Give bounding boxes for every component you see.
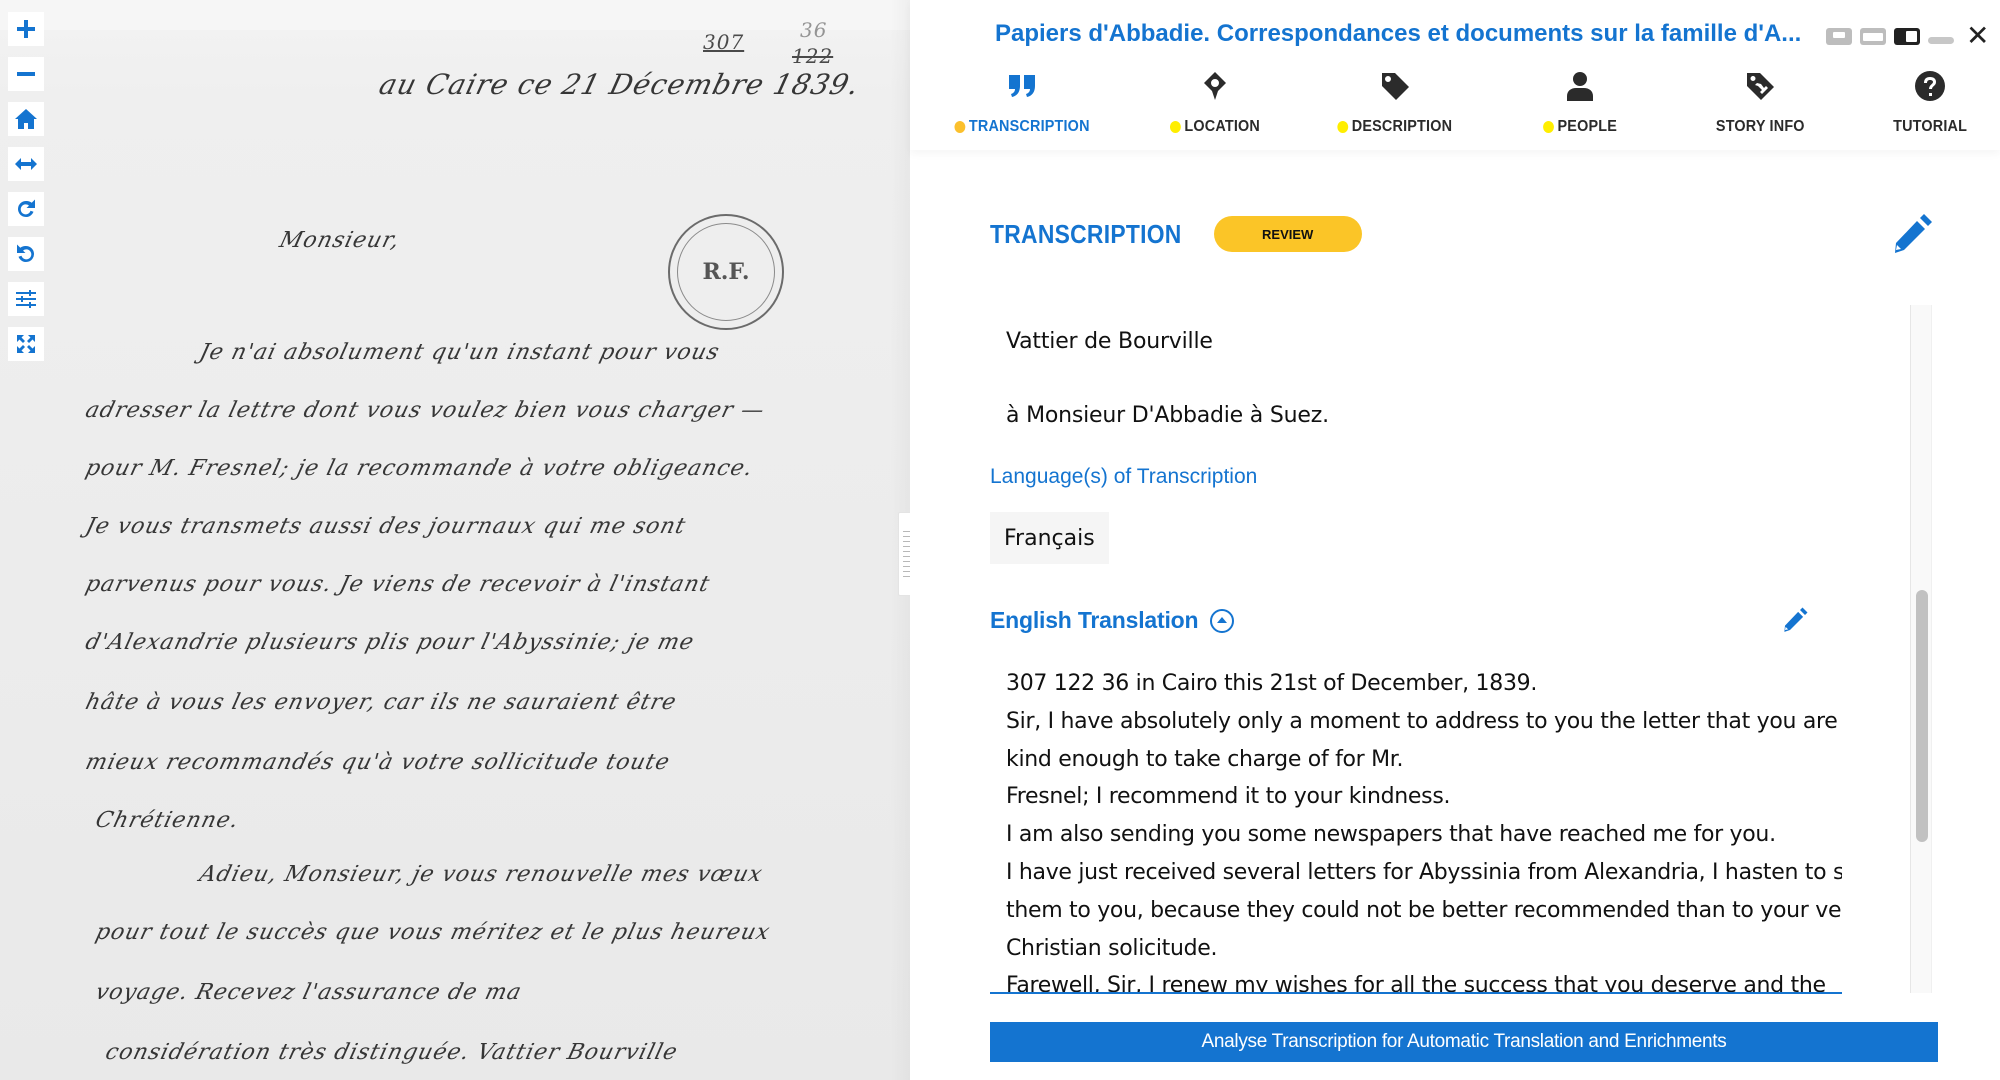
manuscript-line: adresser la lettre dont vous voulez bien… <box>83 398 768 423</box>
panel-tabs: TRANSCRIPTION LOCATION DESCRIPTION PEOPL… <box>910 68 2000 138</box>
tab-description[interactable]: DESCRIPTION <box>1320 68 1470 136</box>
arrows-horizontal-icon <box>14 152 38 176</box>
language-chip: Français <box>990 512 1109 564</box>
tab-tutorial[interactable]: TUTORIAL <box>1875 68 1985 136</box>
image-settings-button[interactable] <box>8 282 44 316</box>
fit-width-button[interactable] <box>8 147 44 181</box>
transcription-line: à Monsieur D'Abbadie à Suez. <box>1006 403 1329 428</box>
close-icon[interactable]: ✕ <box>1966 22 1989 50</box>
home-button[interactable] <box>8 102 44 136</box>
fullscreen-button[interactable] <box>8 327 44 361</box>
manuscript-line: pour M. Fresnel; je la recommande à votr… <box>83 456 756 481</box>
tab-transcription[interactable]: TRANSCRIPTION <box>952 68 1092 136</box>
panel-header: Papiers d'Abbadie. Correspondances et do… <box>910 0 2000 150</box>
zoom-in-button[interactable] <box>8 12 44 46</box>
manuscript-line: Je vous transmets aussi des journaux qui… <box>83 514 689 539</box>
manuscript-line: considération très distinguée. Vattier B… <box>103 1040 681 1065</box>
edit-translation-button[interactable] <box>1780 605 1810 635</box>
viewer-toolbar <box>8 12 44 361</box>
status-dot <box>954 121 965 133</box>
manuscript-line: voyage. Recevez l'assurance de ma <box>93 980 525 1005</box>
tab-story-info[interactable]: STORY INFO <box>1695 68 1825 136</box>
layout-bottom-button[interactable] <box>1860 28 1886 45</box>
minus-icon <box>14 62 38 86</box>
manuscript-line: pour tout le succès que vous méritez et … <box>93 920 773 945</box>
folio-number: 307 <box>703 30 744 54</box>
scrollbar-thumb[interactable] <box>1916 590 1928 842</box>
layout-split-button[interactable] <box>1894 28 1920 45</box>
chevron-up-circle-icon <box>1210 609 1234 633</box>
info-tag-icon <box>1744 70 1776 102</box>
tag-icon <box>1379 70 1411 102</box>
story-title: Papiers d'Abbadie. Correspondances et do… <box>995 20 1801 48</box>
rotate-right-icon <box>14 197 38 221</box>
quote-icon <box>1006 70 1038 102</box>
rotate-left-icon <box>14 242 38 266</box>
manuscript-line: d'Alexandrie plusieurs plis pour l'Abyss… <box>83 630 697 655</box>
manuscript-line: Adieu, Monsieur, je vous renouvelle mes … <box>197 862 765 887</box>
home-icon <box>14 107 38 131</box>
languages-label: Language(s) of Transcription <box>990 465 1257 489</box>
translation-toggle[interactable]: English Translation <box>990 607 1234 634</box>
transcription-line: Vattier de Bourville <box>1006 329 1213 354</box>
sliders-icon <box>14 287 38 311</box>
rotate-right-button[interactable] <box>8 192 44 226</box>
status-badge[interactable]: REVIEW <box>1214 216 1362 252</box>
tab-people[interactable]: PEOPLE <box>1520 68 1640 136</box>
status-dot <box>1543 121 1554 133</box>
manuscript-line: parvenus pour vous. Je viens de recevoir… <box>83 572 713 597</box>
pencil-icon <box>1780 605 1810 635</box>
transcription-section-header: TRANSCRIPTION REVIEW <box>990 216 1362 252</box>
tab-location[interactable]: LOCATION <box>1155 68 1275 136</box>
analyse-transcription-button[interactable]: Analyse Transcription for Automatic Tran… <box>990 1022 1938 1062</box>
person-icon <box>1564 70 1596 102</box>
question-circle-icon <box>1914 70 1946 102</box>
plus-icon <box>14 17 38 41</box>
transcription-scroll-area[interactable]: Vattier de Bourville à Monsieur D'Abbadi… <box>990 305 1842 993</box>
layout-float-button[interactable] <box>1826 28 1852 45</box>
scroll-area-border <box>990 992 1842 994</box>
manuscript-line: Je n'ai absolument qu'un instant pour vo… <box>197 340 722 365</box>
pencil-icon <box>1888 210 1936 258</box>
translation-text: 307 122 36 in Cairo this 21st of Decembe… <box>1006 665 1842 993</box>
document-image-viewer[interactable]: 307 36 122 au Caire ce 21 Décembre 1839.… <box>0 0 910 1080</box>
manuscript-date-line: au Caire ce 21 Décembre 1839. <box>376 68 863 101</box>
section-title: TRANSCRIPTION <box>990 219 1182 250</box>
translation-title: English Translation <box>990 607 1198 634</box>
status-dot <box>1338 121 1349 133</box>
edit-transcription-button[interactable] <box>1888 210 1936 258</box>
scrollbar[interactable] <box>1910 305 1932 993</box>
story-panel: Papiers d'Abbadie. Correspondances et do… <box>910 0 2000 1080</box>
map-marker-icon <box>1199 70 1231 102</box>
expand-icon <box>14 332 38 356</box>
manuscript-line: mieux recommandés qu'à votre sollicitude… <box>83 750 673 775</box>
library-stamp: R.F. <box>668 214 784 330</box>
folio-number-upper: 36 <box>800 18 827 42</box>
folio-number-struck: 122 <box>792 44 833 68</box>
manuscript-line: Chrétienne. <box>93 808 242 833</box>
manuscript-salutation: Monsieur, <box>277 228 403 253</box>
status-dot <box>1170 121 1181 133</box>
scan-top-edge <box>0 0 910 30</box>
manuscript-line: hâte à vous les envoyer, car ils ne saur… <box>83 690 679 715</box>
zoom-out-button[interactable] <box>8 57 44 91</box>
rotate-left-button[interactable] <box>8 237 44 271</box>
minimize-button[interactable] <box>1928 37 1954 44</box>
window-controls: ✕ <box>1826 22 1989 50</box>
